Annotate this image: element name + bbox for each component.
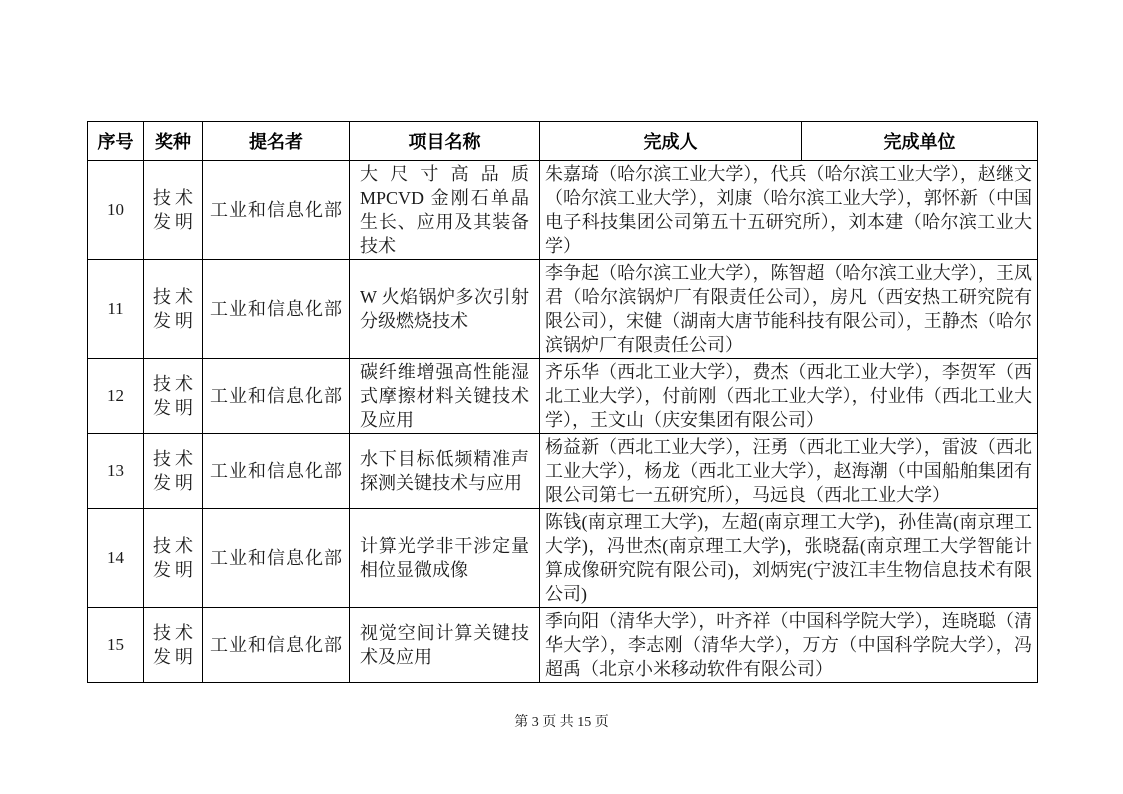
- cell-award-type: 技术发明: [144, 434, 203, 509]
- col-header-no: 序号: [88, 122, 144, 161]
- cell-nominator: 工业和信息化部: [203, 434, 350, 509]
- col-header-award-type: 奖种: [144, 122, 203, 161]
- cell-completers: 齐乐华（西北工业大学），费杰（西北工业大学），李贺军（西北工业大学），付前刚（西…: [540, 359, 1038, 434]
- document-page: 序号 奖种 提名者 项目名称 完成人 完成单位 10 技术发明 工业和信息化部 …: [0, 0, 1123, 794]
- cell-project-name: 碳纤维增强高性能湿式摩擦材料关键技术及应用: [350, 359, 540, 434]
- cell-serial-number: 12: [88, 359, 144, 434]
- cell-nominator: 工业和信息化部: [203, 161, 350, 260]
- cell-completers: 朱嘉琦（哈尔滨工业大学），代兵（哈尔滨工业大学），赵继文（哈尔滨工业大学），刘康…: [540, 161, 1038, 260]
- cell-project-name: 水下目标低频精准声探测关键技术与应用: [350, 434, 540, 509]
- cell-completers: 李争起（哈尔滨工业大学），陈智超（哈尔滨工业大学），王凤君（哈尔滨锅炉厂有限责任…: [540, 260, 1038, 359]
- cell-serial-number: 13: [88, 434, 144, 509]
- col-header-completers: 完成人: [540, 122, 802, 161]
- cell-serial-number: 14: [88, 509, 144, 608]
- col-header-completing-units: 完成单位: [802, 122, 1038, 161]
- cell-serial-number: 15: [88, 608, 144, 683]
- table-row: 10 技术发明 工业和信息化部 大尺寸高品质MPCVD 金刚石单晶生长、应用及其…: [88, 161, 1038, 260]
- table-row: 13 技术发明 工业和信息化部 水下目标低频精准声探测关键技术与应用 杨益新（西…: [88, 434, 1038, 509]
- award-table: 序号 奖种 提名者 项目名称 完成人 完成单位 10 技术发明 工业和信息化部 …: [87, 121, 1038, 683]
- cell-award-type: 技术发明: [144, 359, 203, 434]
- cell-nominator: 工业和信息化部: [203, 260, 350, 359]
- table-row: 14 技术发明 工业和信息化部 计算光学非干涉定量相位显微成像 陈钱(南京理工大…: [88, 509, 1038, 608]
- table-row: 11 技术发明 工业和信息化部 W 火焰锅炉多次引射分级燃烧技术 李争起（哈尔滨…: [88, 260, 1038, 359]
- cell-project-name: 视觉空间计算关键技术及应用: [350, 608, 540, 683]
- cell-completers: 季向阳（清华大学），叶齐祥（中国科学院大学），连晓聪（清华大学），李志刚（清华大…: [540, 608, 1038, 683]
- cell-serial-number: 11: [88, 260, 144, 359]
- cell-nominator: 工业和信息化部: [203, 359, 350, 434]
- cell-nominator: 工业和信息化部: [203, 509, 350, 608]
- cell-award-type: 技术发明: [144, 509, 203, 608]
- table-row: 15 技术发明 工业和信息化部 视觉空间计算关键技术及应用 季向阳（清华大学），…: [88, 608, 1038, 683]
- cell-nominator: 工业和信息化部: [203, 608, 350, 683]
- cell-completers: 陈钱(南京理工大学)，左超(南京理工大学)，孙佳嵩(南京理工大学)，冯世杰(南京…: [540, 509, 1038, 608]
- cell-project-name: W 火焰锅炉多次引射分级燃烧技术: [350, 260, 540, 359]
- cell-project-name: 大尺寸高品质MPCVD 金刚石单晶生长、应用及其装备技术: [350, 161, 540, 260]
- page-number: 第 3 页 共 15 页: [0, 711, 1123, 731]
- cell-serial-number: 10: [88, 161, 144, 260]
- col-header-project-name: 项目名称: [350, 122, 540, 161]
- cell-completers: 杨益新（西北工业大学），汪勇（西北工业大学），雷波（西北工业大学），杨龙（西北工…: [540, 434, 1038, 509]
- table-header-row: 序号 奖种 提名者 项目名称 完成人 完成单位: [88, 122, 1038, 161]
- table-row: 12 技术发明 工业和信息化部 碳纤维增强高性能湿式摩擦材料关键技术及应用 齐乐…: [88, 359, 1038, 434]
- cell-project-name: 计算光学非干涉定量相位显微成像: [350, 509, 540, 608]
- cell-award-type: 技术发明: [144, 260, 203, 359]
- cell-award-type: 技术发明: [144, 161, 203, 260]
- col-header-nominator: 提名者: [203, 122, 350, 161]
- cell-award-type: 技术发明: [144, 608, 203, 683]
